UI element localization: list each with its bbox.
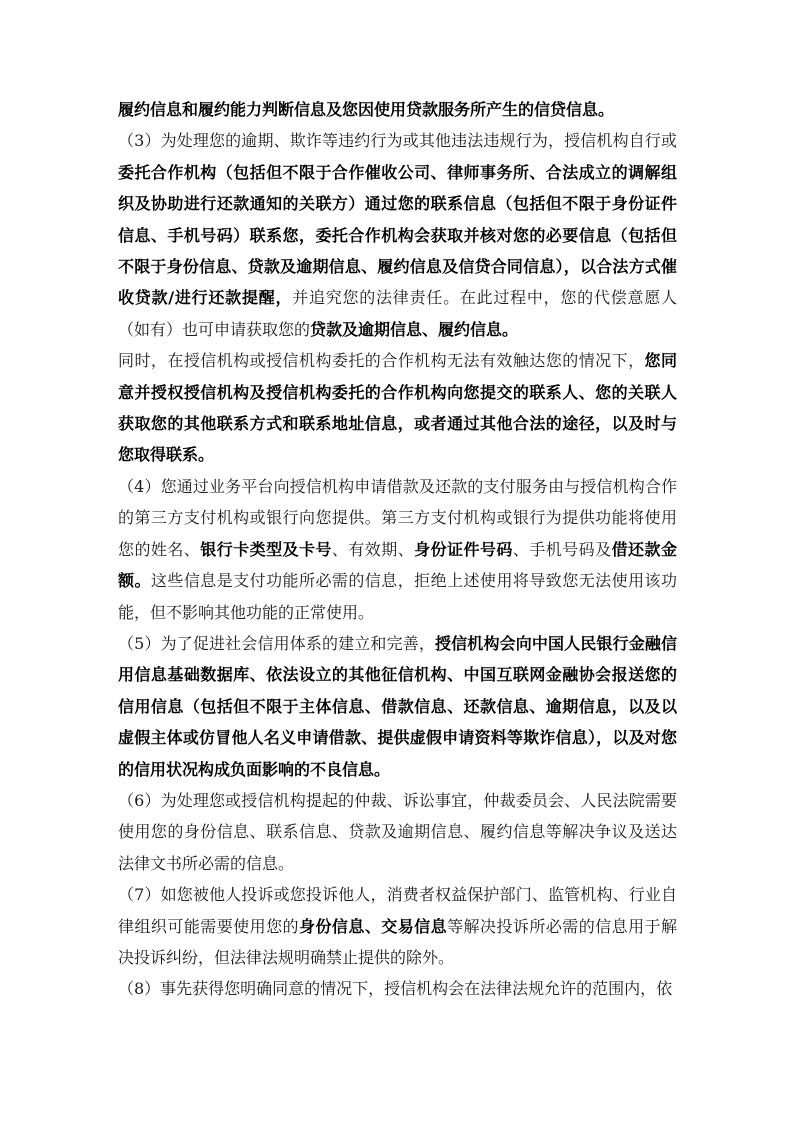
paragraph: （3）为处理您的逾期、欺诈等违约行为或其他违法违规行为，授信机构自行或委托合作机… — [118, 125, 677, 345]
paragraph: （7）如您被他人投诉或您投诉他人，消费者权益保护部门、监管机构、行业自律组织可能… — [118, 879, 677, 973]
text-run: （3）为处理您的逾期、欺诈等违约行为或其他违法违规行为，授信机构自行或 — [118, 131, 677, 150]
text-run-bold: 身份证件号码 — [414, 540, 513, 559]
text-run: （8）事先获得您明确同意的情况下，授信机构会在法律法规允许的范围内，依 — [118, 979, 672, 998]
text-run: 、手机号码及 — [513, 540, 612, 559]
text-run: （6）为处理您或授信机构提起的仲裁、诉讼事宜，仲裁委员会、人民法院需要使用您的身… — [118, 791, 677, 873]
text-run-bold: 身份信息、交易信息 — [299, 917, 447, 936]
text-run-bold: 授信机构会向中国人民银行金融信用信息基础数据库、依法设立的其他征信机构、中国互联… — [118, 634, 677, 779]
paragraph: （6）为处理您或授信机构提起的仲裁、诉讼事宜，仲裁委员会、人民法院需要使用您的身… — [118, 785, 677, 879]
paragraph: 履约信息和履约能力判断信息及您因使用贷款服务所产生的信贷信息。 — [118, 94, 677, 125]
document-body: 履约信息和履约能力判断信息及您因使用贷款服务所产生的信贷信息。（3）为处理您的逾… — [118, 94, 677, 1005]
text-run: 同时，在授信机构或授信机构委托的合作机构无法有效触达您的情况下， — [118, 351, 645, 370]
text-run: 、有效期、 — [332, 540, 414, 559]
text-run-bold: 贷款及逾期信息、履约信息。 — [310, 320, 518, 339]
paragraph: （5）为了促进社会信用体系的建立和完善，授信机构会向中国人民银行金融信用信息基础… — [118, 628, 677, 785]
paragraph: （4）您通过业务平台向授信机构申请借款及还款的支付服务由与授信机构合作的第三方支… — [118, 471, 677, 628]
text-run-bold: 委托合作机构（包括但不限于合作催收公司、律师事务所、合法成立的调解组织及协助进行… — [118, 163, 677, 308]
text-run-bold: 履约信息和履约能力判断信息及您因使用贷款服务所产生的信贷信息。 — [118, 100, 614, 119]
paragraph: （8）事先获得您明确同意的情况下，授信机构会在法律法规允许的范围内，依 — [118, 973, 677, 1004]
document-page: 履约信息和履约能力判断信息及您因使用贷款服务所产生的信贷信息。（3）为处理您的逾… — [0, 0, 793, 1122]
text-run: 这些信息是支付功能所必需的信息，拒绝上述使用将导致您无法使用该功能，但不影响其他… — [118, 571, 677, 621]
text-run: （5）为了促进社会信用体系的建立和完善， — [118, 634, 435, 653]
paragraph: 同时，在授信机构或授信机构委托的合作机构无法有效触达您的情况下，您同意并授权授信… — [118, 345, 677, 471]
text-run-bold: 银行卡类型及卡号 — [200, 540, 332, 559]
